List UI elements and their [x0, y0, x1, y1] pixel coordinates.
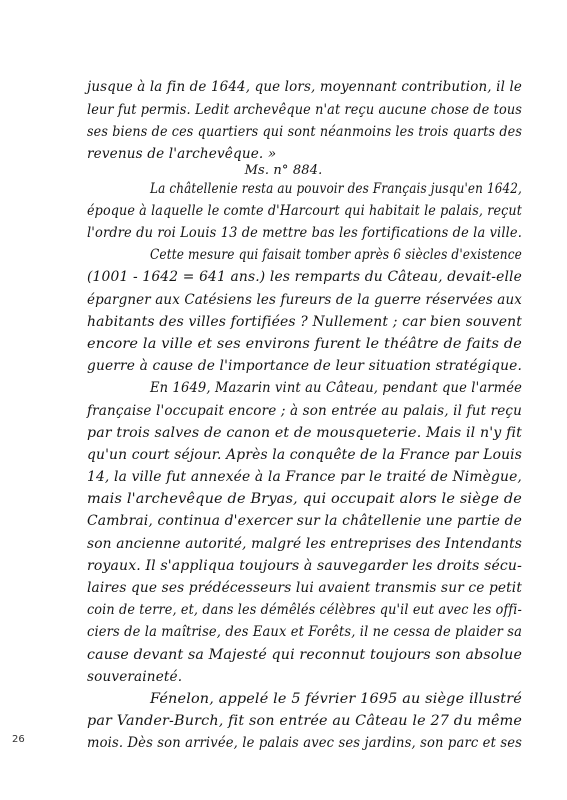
manuscript-page: jusque à la fin de 1644, que lors, moyen… [0, 0, 567, 800]
text-line: guerre à cause de l'importance de leur s… [87, 357, 522, 375]
text-line: (1001 - 1642 = 641 ans.) les remparts du… [87, 268, 522, 286]
text-line: habitants des villes fortifiées ? Nullem… [87, 313, 522, 331]
text-line: qu'un court séjour. Après la conquête de… [87, 446, 522, 464]
text-line: cause devant sa Majesté qui reconnut tou… [87, 646, 522, 664]
text-line: ciers de la maîtrise, des Eaux et Forêts… [87, 623, 522, 641]
paragraph-start-line: En 1649, Mazarin vint au Câteau, pendant… [150, 379, 522, 397]
text-line: son ancienne autorité, malgré les entrep… [87, 535, 522, 553]
text-line: épargner aux Catésiens les fureurs de la… [87, 291, 522, 309]
text-line: l'ordre du roi Louis 13 de mettre bas le… [87, 224, 522, 242]
text-line: leur fut permis. Ledit archevêque n'at r… [87, 101, 522, 119]
text-line: revenus de l'archevêque. » [87, 145, 522, 163]
text-line: laires que ses prédécesseurs lui avaient… [87, 579, 522, 597]
page-number: 26 [12, 734, 25, 745]
text-line: mois. Dès son arrivée, le palais avec se… [87, 734, 522, 752]
text-line: souveraineté. [87, 668, 522, 686]
text-line: coin de terre, et, dans les démêlés célè… [87, 601, 522, 619]
paragraph-start-line: Fénelon, appelé le 5 février 1695 au siè… [150, 690, 522, 708]
paragraph-start-line: La châtellenie resta au pouvoir des Fran… [150, 180, 522, 198]
manuscript-reference-heading: Ms. n° 884. [0, 162, 567, 180]
text-line: époque à laquelle le comte d'Harcourt qu… [87, 202, 522, 220]
text-line: ses biens de ces quartiers qui sont néan… [87, 123, 522, 141]
text-line: française l'occupait encore ; à son entr… [87, 402, 522, 420]
text-line: encore la ville et ses environs furent l… [87, 335, 522, 353]
text-line: par trois salves de canon et de mousquet… [87, 424, 522, 442]
text-line: royaux. Il s'appliqua toujours à sauvega… [87, 557, 522, 575]
text-line: mais l'archevêque de Bryas, qui occupait… [87, 490, 522, 508]
text-line: par Vander-Burch, fit son entrée au Câte… [87, 712, 522, 730]
text-line: jusque à la fin de 1644, que lors, moyen… [87, 78, 522, 96]
text-line: 14, la ville fut annexée à la France par… [87, 468, 522, 486]
text-line: Cambrai, continua d'exercer sur la châte… [87, 512, 522, 530]
paragraph-start-line: Cette mesure qui faisait tomber après 6 … [150, 246, 522, 264]
